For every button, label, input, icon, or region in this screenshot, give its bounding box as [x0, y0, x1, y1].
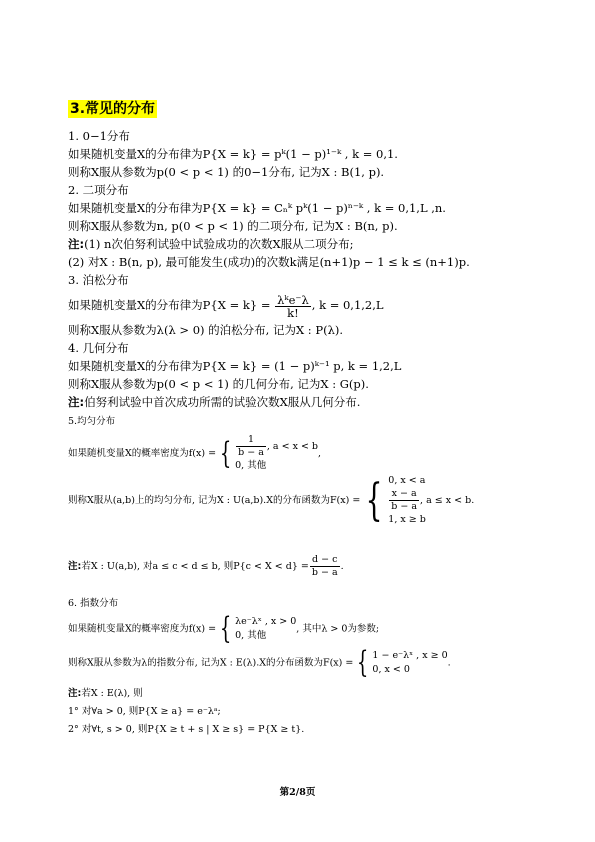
binomial-def: 则称X服从参数为n, p(0 < p < 1) 的二项分布, 记为X : B(n…: [68, 218, 398, 234]
fraction-denominator: b − a: [236, 447, 266, 459]
page-number: 第2/8页: [0, 784, 595, 798]
case-positive: λe⁻λˣ , x > 0: [235, 615, 296, 629]
uniform-cdf-cases: 0, x < a x − ab − a, a ≤ x < b. 1, x ≥ b: [388, 474, 474, 527]
bernoulli-def: 则称X服从参数为p(0 < p < 1) 的0−1分布, 记为X : B(1, …: [68, 164, 384, 180]
fraction-denominator: b − a: [389, 501, 419, 513]
note-text: 伯努利试验中首次成功所需的试验次数X服从几何分布.: [84, 395, 360, 409]
poisson-numerator: λᵏe⁻λ: [275, 294, 311, 307]
poisson-pmf: 如果随机变量X的分布律为P{X = k} = λᵏe⁻λ k! , k = 0,…: [68, 290, 384, 320]
exponential-cdf: 则称X服从参数为λ的指数分布, 记为X : E(λ).X的分布函数为F(x) =…: [68, 648, 451, 679]
case-below: 0, x < a: [388, 474, 474, 488]
left-brace-icon: {: [220, 614, 231, 644]
exp-property-1: 1° 对∀a > 0, 则P{X ≥ a} = e⁻λᵃ;: [68, 704, 221, 720]
exp-cdf-cases: 1 − e⁻λˣ , x ≥ 0 0, x < 0: [372, 649, 447, 677]
geometric-pmf: 如果随机变量X的分布律为P{X = k} = (1 − p)ᵏ⁻¹ p, k =…: [68, 358, 401, 374]
binomial-note-1: 注:(1) n次伯努利试验中试验成功的次数X服从二项分布;: [68, 236, 354, 252]
exp-pdf-cases: λe⁻λˣ , x > 0 0, 其他: [235, 615, 296, 643]
exp-property-2: 2° 对∀t, s > 0, 则P{X ≥ t + s | X ≥ s} = P…: [68, 722, 304, 738]
uniform-cdf: 则称X服从(a,b)上的均匀分布, 记为X : U(a,b).X的分布函数为F(…: [68, 474, 474, 527]
uniform-pdf-prefix: 如果随机变量X的概率密度为f(x) =: [68, 448, 216, 459]
uniform-density-fraction: 1b − a: [236, 434, 266, 459]
case-nonnegative: 1 − e⁻λˣ , x ≥ 0: [372, 649, 447, 663]
fraction-numerator: 1: [236, 434, 266, 447]
case-otherwise: 0, 其他: [235, 459, 318, 473]
case-otherwise: 0, 其他: [235, 629, 296, 643]
left-brace-icon: {: [220, 439, 231, 469]
exponential-note: 注:若X : E(λ), 则: [68, 686, 143, 702]
note-text: 若X : E(λ), 则: [81, 688, 142, 699]
poisson-fraction: λᵏe⁻λ k!: [275, 294, 311, 319]
note-suffix: .: [341, 561, 344, 572]
case-above: 1, x ≥ b: [388, 513, 474, 527]
poisson-pmf-suffix: , k = 0,1,2,L: [312, 298, 384, 312]
document-page: 3.常见的分布 1. 0−1分布 如果随机变量X的分布律为P{X = k} = …: [0, 0, 595, 842]
uniform-cdf-fraction: x − ab − a: [389, 488, 419, 513]
left-brace-icon: {: [366, 479, 383, 523]
heading-exponential: 6. 指数分布: [68, 596, 118, 612]
uniform-note: 注:若X : U(a,b), 对a ≤ c < d ≤ b, 则P{c < X …: [68, 552, 344, 582]
fraction-numerator: d − c: [310, 554, 340, 567]
note-label: 注:: [68, 237, 84, 251]
fraction-numerator: x − a: [389, 488, 419, 501]
exp-cdf-prefix: 则称X服从参数为λ的指数分布, 记为X : E(λ).X的分布函数为F(x) =: [68, 658, 353, 669]
uniform-cdf-prefix: 则称X服从(a,b)上的均匀分布, 记为X : U(a,b).X的分布函数为F(…: [68, 495, 360, 506]
heading-binomial: 2. 二项分布: [68, 182, 129, 198]
note-label: 注:: [68, 395, 84, 409]
exp-cdf-suffix: .: [448, 658, 451, 669]
fraction-denominator: b − a: [310, 567, 340, 579]
case-condition: , a < x < b: [267, 441, 318, 452]
heading-bernoulli: 1. 0−1分布: [68, 128, 130, 144]
case-condition: , a ≤ x < b.: [420, 495, 474, 506]
section-title: 3.常见的分布: [68, 100, 157, 118]
note-label: 注:: [68, 688, 81, 699]
binomial-pmf: 如果随机变量X的分布律为P{X = k} = Cₙᵏ pᵏ(1 − p)ⁿ⁻ᵏ …: [68, 200, 446, 216]
note-text: (1) n次伯努利试验中试验成功的次数X服从二项分布;: [84, 237, 353, 251]
poisson-def: 则称X服从参数为λ(λ > 0) 的泊松分布, 记为X : P(λ).: [68, 322, 343, 338]
note-label: 注:: [68, 561, 81, 572]
poisson-pmf-prefix: 如果随机变量X的分布律为P{X = k} =: [68, 298, 270, 312]
note-text: 若X : U(a,b), 对a ≤ c < d ≤ b, 则P{c < X < …: [81, 561, 309, 572]
uniform-pdf-suffix: ,: [318, 448, 321, 459]
binomial-note-2: (2) 对X : B(n, p), 最可能发生(成功)的次数k满足(n+1)p …: [68, 254, 470, 270]
exponential-pdf: 如果随机变量X的概率密度为f(x) ={ λe⁻λˣ , x > 0 0, 其他…: [68, 614, 379, 645]
bernoulli-pmf: 如果随机变量X的分布律为P{X = k} = pᵏ(1 − p)¹⁻ᵏ , k …: [68, 146, 398, 162]
exp-pdf-suffix: , 其中λ > 0为参数;: [296, 624, 379, 635]
heading-geometric: 4. 几何分布: [68, 340, 129, 356]
case-negative: 0, x < 0: [372, 663, 447, 677]
uniform-pdf: 如果随机变量X的概率密度为f(x) ={ 1b − a, a < x < b 0…: [68, 434, 321, 473]
left-brace-icon: {: [357, 648, 368, 678]
uniform-prob-fraction: d − cb − a: [310, 554, 340, 579]
exp-pdf-prefix: 如果随机变量X的概率密度为f(x) =: [68, 624, 216, 635]
uniform-pdf-cases: 1b − a, a < x < b 0, 其他: [235, 434, 318, 473]
poisson-denominator: k!: [275, 307, 311, 319]
geometric-note: 注:伯努利试验中首次成功所需的试验次数X服从几何分布.: [68, 394, 360, 410]
heading-uniform: 5.均匀分布: [68, 414, 115, 430]
heading-poisson: 3. 泊松分布: [68, 272, 129, 288]
geometric-def: 则称X服从参数为p(0 < p < 1) 的几何分布, 记为X : G(p).: [68, 376, 369, 392]
